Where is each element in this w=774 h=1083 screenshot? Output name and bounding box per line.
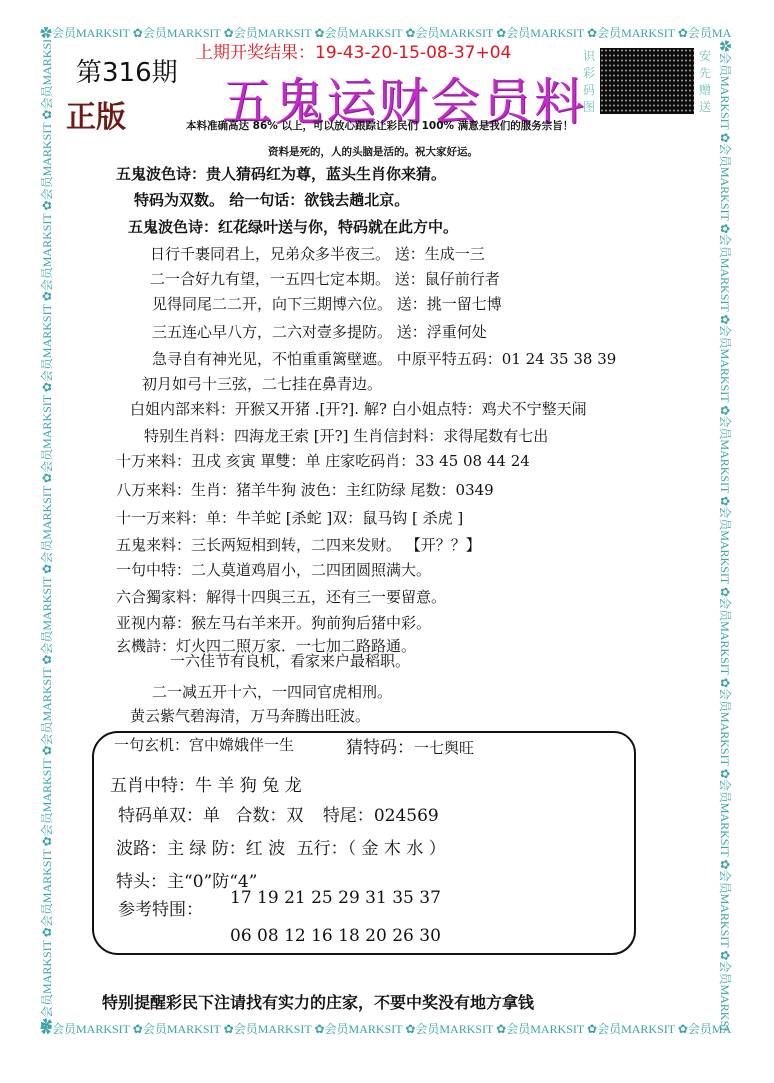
qr-label-char: 送: [698, 99, 712, 116]
poem-line: 日行千裹同君上，兄弟众多半夜三。 送：生成一三: [150, 245, 485, 263]
poem-line: 特码为双数。 给一句话：欲钱去趟北京。: [134, 191, 409, 209]
tip-line: 六合獨家料：解得十四與三五，还有三一要留意。: [116, 588, 446, 606]
bottom-watermark-border: ✿会员MARKSIT ✿会员MARKSIT ✿会员MARKSIT ✿会员MARK…: [40, 1022, 732, 1036]
riddle-value: 宫中嫦娥伴一生: [189, 736, 294, 754]
qr-label-char: 赠: [698, 82, 712, 99]
tail-label: 特尾：: [323, 806, 374, 826]
tip-line: 亚视内幕：猴左马右羊来开。狗前狗后猪中彩。: [116, 614, 431, 632]
tip-line: 十万来料：丑戌 亥寅 單雙：单 庄家吃码肖：33 45 08 44 24: [116, 452, 530, 470]
elements-value: （ 金 木 水 ）: [348, 839, 446, 859]
tip-line: 八万来料：生肖：猪羊牛狗 波色：主红防绿 尾数：0349: [116, 481, 494, 499]
left-watermark-border: ✿会员MARKSIT ✿会员MARKSIT ✿会员MARKSIT ✿会员MARK…: [40, 40, 54, 1030]
border-text: ✿会员MARKSIT ✿会员MARKSIT ✿会员MARKSIT ✿会员MARK…: [40, 40, 54, 1030]
qr-label-left: 识 彩 码 图: [582, 48, 596, 116]
tip-line: 五鬼来料：三长两短相到转，二四来发财。 【开？？】: [116, 536, 481, 554]
five-zodiac-value: 牛 羊 狗 兔 龙: [195, 776, 302, 796]
tip-line: 一六佳节有良机，看家来户最稻职。: [170, 652, 410, 670]
right-watermark-border: ✿会员MARKSIT ✿会员MARKSIT ✿会员MARKSIT ✿会员MARK…: [718, 40, 732, 1030]
tip-line: 一句中特：二人莫道鸡眉小，二四团圆照满大。: [116, 561, 431, 579]
footer-notice: 特别提醒彩民下注请找有实力的庄家，不要中奖没有地方拿钱: [102, 990, 534, 1013]
tail-value: 024569: [374, 806, 439, 826]
slogan-accuracy: 本料准确高达 86% 以上，可以放心跟踪让彩民们 100% 满意是我们的服务宗旨…: [186, 118, 573, 133]
last-draw-result: 上期开奖结果：19-43-20-15-08-37+04: [196, 38, 511, 63]
sum-value: 双: [286, 806, 303, 826]
poem-line: 五鬼波色诗：红花绿叶送与你，特码就在此方中。: [128, 218, 458, 236]
tip-line: 十一万来料：单：牛羊蛇 [杀蛇 ]双：鼠马钩 [ 杀虎 ]: [116, 509, 463, 527]
poem-line: 急寻自有神光见，不怕重重篱壁遮。 中原平特五码：01 24 35 38 39: [152, 350, 616, 368]
poem-line: 二一合好九有望，一五四七定本期。 送：鼠仔前行者: [150, 270, 500, 288]
tip-line: 白姐内部来料：开猴又开猪 .[开?]. 解? 白小姐点特：鸡犬不宁整天闹: [130, 400, 587, 418]
qr-label-char: 图: [582, 99, 596, 116]
qr-label-char: 彩: [582, 65, 596, 82]
poem-line: 黄云紫气碧海清，万马奔腾出旺波。: [130, 707, 370, 725]
wave-value: 主 绿 防：红 波: [167, 839, 285, 859]
elements-label: 五行：: [297, 839, 348, 859]
qr-label-right: 安 先 赠 送: [698, 48, 712, 116]
border-text: ✿会员MARKSIT ✿会员MARKSIT ✿会员MARKSIT ✿会员MARK…: [718, 40, 732, 1030]
ref-label: 参考特围：: [118, 895, 203, 920]
odd-even-label: 特码单双：: [118, 806, 203, 826]
qr-label-char: 先: [698, 65, 712, 82]
qr-code-image[interactable]: [600, 48, 694, 114]
qr-label-char: 识: [582, 48, 596, 65]
odd-even-value: 单: [203, 806, 220, 826]
sum-label: 合数：: [235, 806, 286, 826]
tip-line: 特别生肖料：四海龙王索 [开?] 生肖信封料：求得尾数有七出: [144, 427, 548, 445]
guess-value: 一七舆旺: [414, 739, 474, 757]
poem-line: 三五连心早八方，二六对壹多提防。 送：浮重何处: [152, 323, 487, 341]
ref-numbers-row-1: 17 19 21 25 29 31 35 37: [230, 888, 441, 908]
poem-line: 初月如弓十三弦，二七挂在鼻青边。: [142, 375, 382, 393]
border-text: ✿会员MARKSIT ✿会员MARKSIT ✿会员MARKSIT ✿会员MARK…: [40, 1022, 732, 1036]
issue-number: 第316期: [76, 52, 178, 89]
slogan-luck: 资料是死的，人的头脑是活的。祝大家好运。: [268, 144, 478, 159]
last-draw-numbers: 19-43-20-15-08-37+04: [315, 43, 511, 63]
poem-line: 二一减五开十六，一四同官虎相刑。: [152, 683, 392, 701]
wave-row: 波路：主 绿 防：红 波 五行：（ 金 木 水 ）: [116, 834, 446, 859]
guess-row: 猜特码：一七舆旺: [346, 733, 474, 758]
qr-label-char: 码: [582, 82, 596, 99]
last-draw-label: 上期开奖结果：: [196, 43, 315, 63]
wave-label: 波路：: [116, 839, 167, 859]
edition-label: 正版: [66, 92, 126, 136]
head-label: 特头：: [116, 872, 167, 892]
poem-line: 五鬼波色诗：贵人猜码红为尊，蓝头生肖你来猜。: [116, 165, 446, 183]
riddle-label: 一句玄机：: [114, 736, 189, 754]
five-zodiac-row: 五肖中特：牛 羊 狗 兔 龙: [110, 771, 302, 796]
five-zodiac-label: 五肖中特：: [110, 776, 195, 796]
qr-label-char: 安: [698, 48, 712, 65]
guess-label: 猜特码：: [346, 738, 414, 758]
ref-numbers-row-2: 06 08 12 16 18 20 26 30: [230, 926, 441, 946]
riddle-row: 一句玄机：宫中嫦娥伴一生: [114, 734, 294, 755]
poem-line: 见得同尾二二开，向下三期博六位。 送：挑一留七博: [152, 295, 502, 313]
odd-even-row: 特码单双：单 合数：双 特尾：024569: [118, 801, 439, 826]
